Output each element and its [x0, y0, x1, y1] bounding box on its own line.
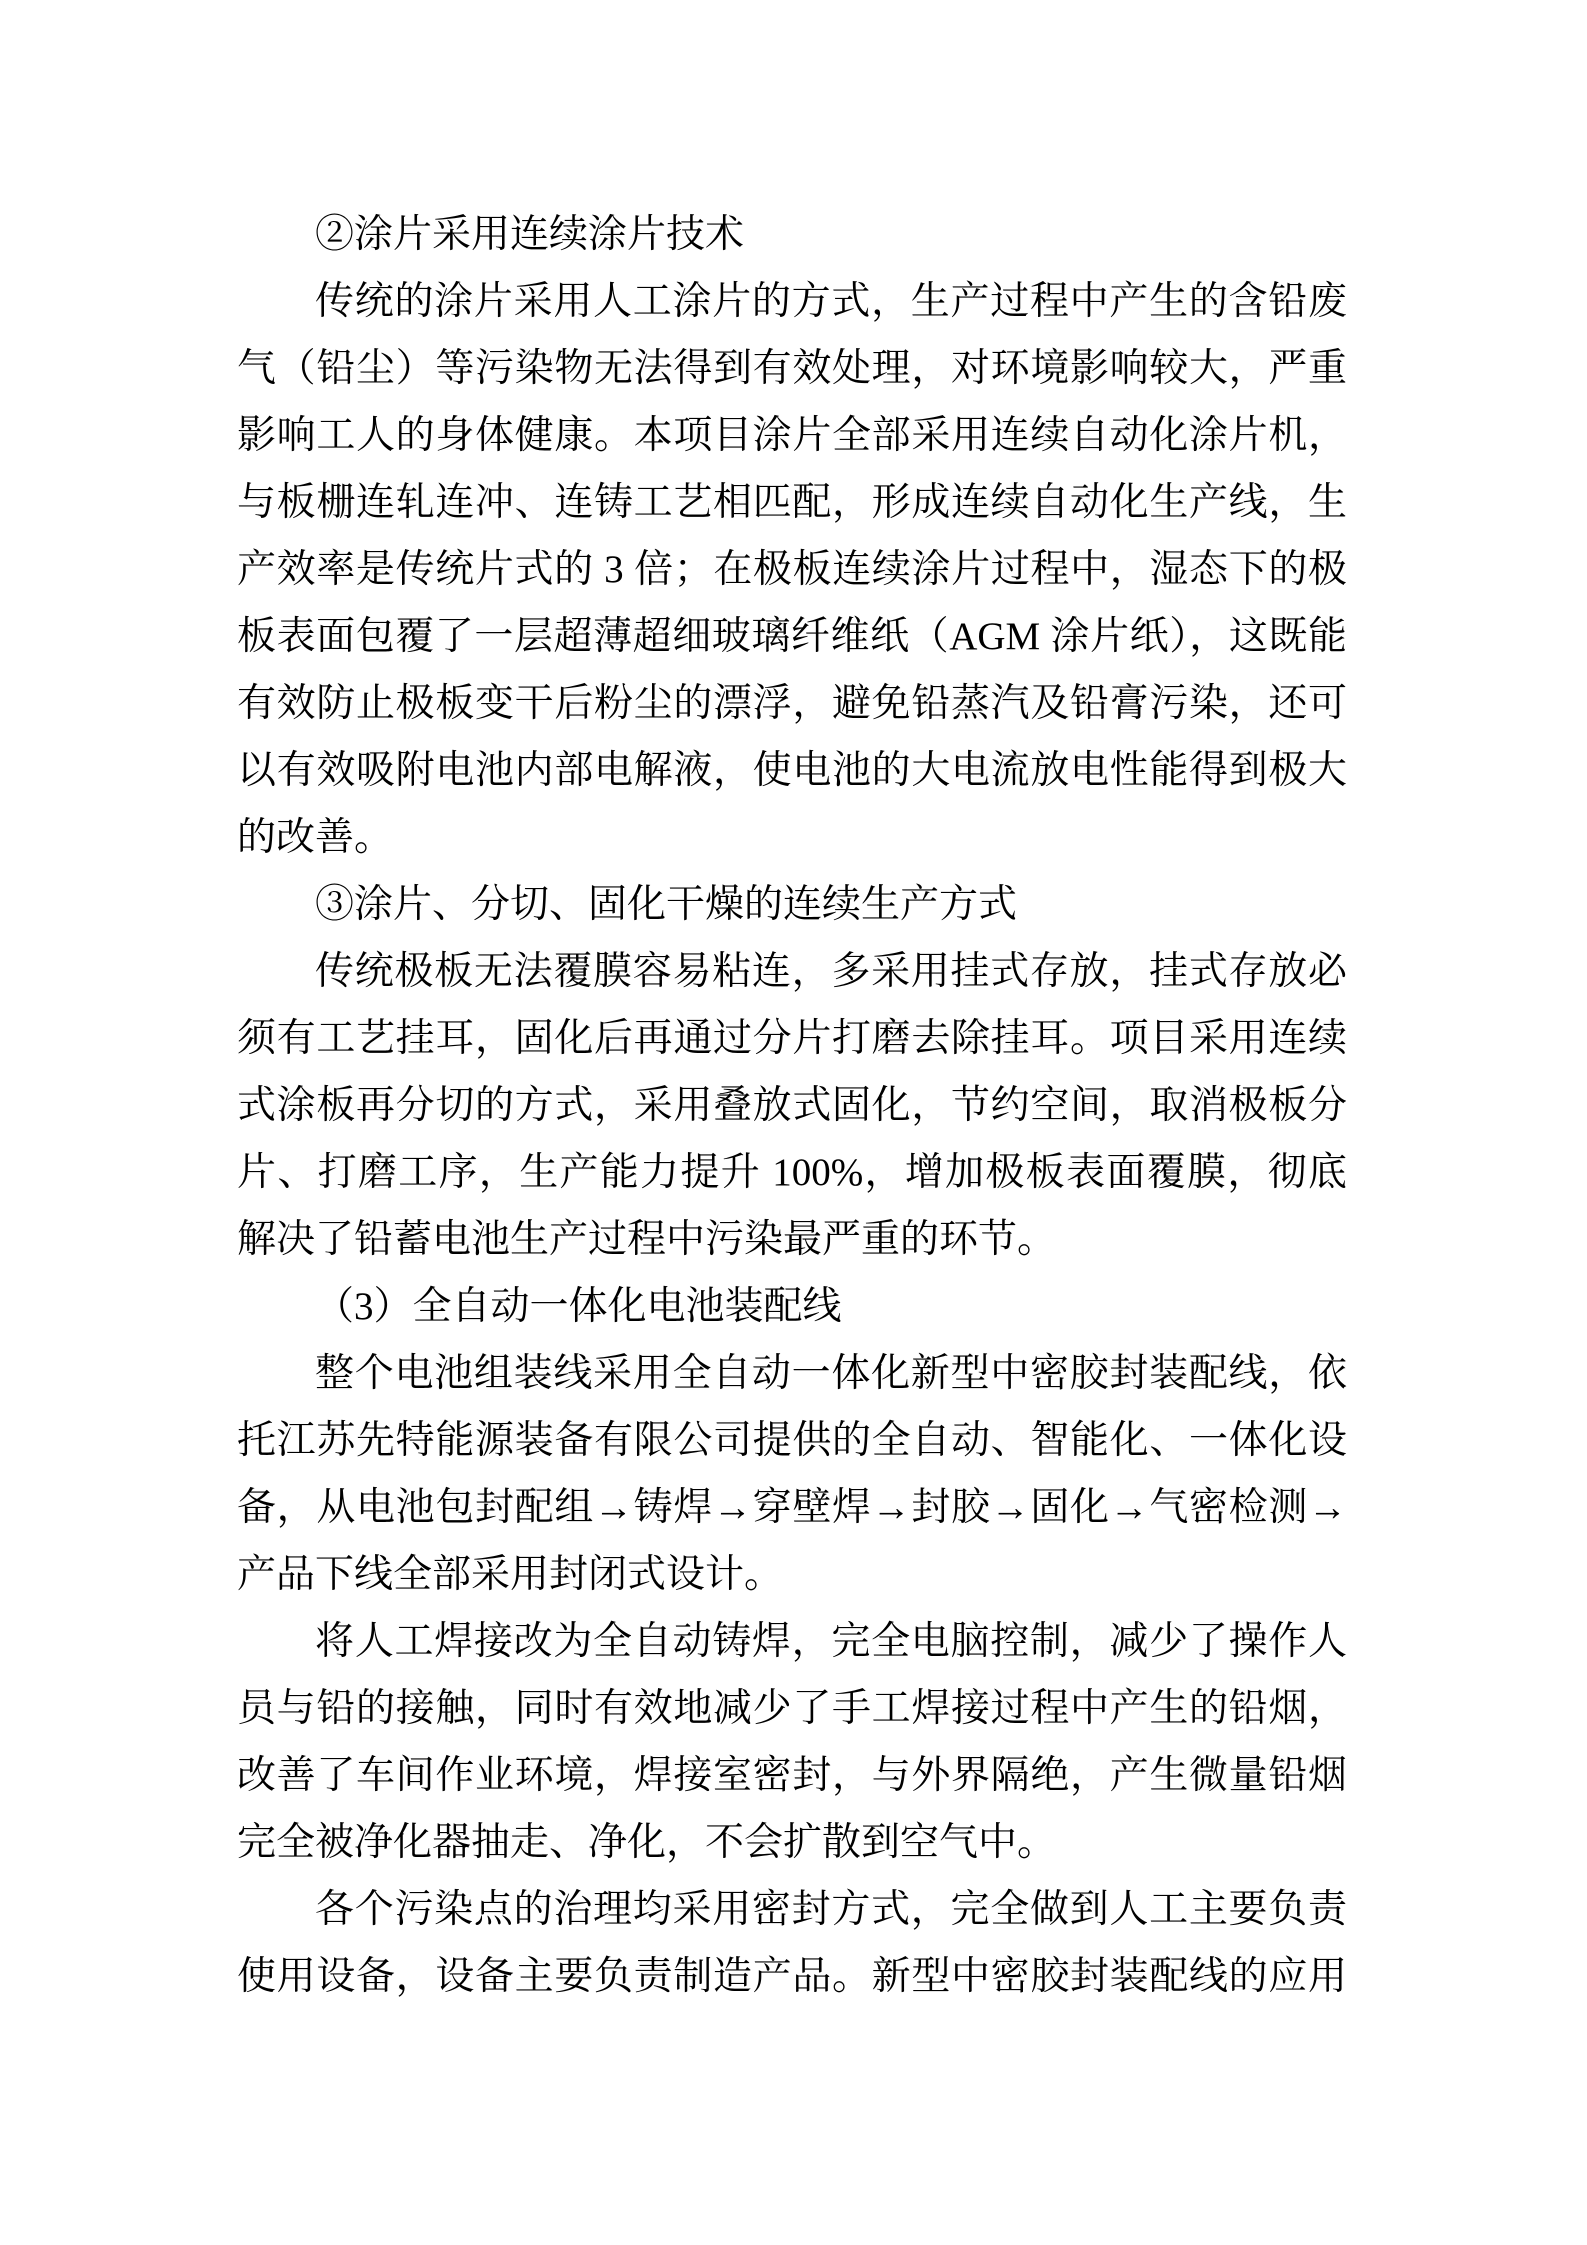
body-line: 式涂板再分切的方式，采用叠放式固化，节约空间，取消极板分 [237, 1072, 1347, 1139]
text-block: ②涂片采用连续涂片技术 传统的涂片采用人工涂片的方式，生产过程中产生的含铅废 气… [237, 201, 1347, 2010]
body-line: 将人工焊接改为全自动铸焊，完全电脑控制，减少了操作人 [237, 1608, 1347, 1675]
body-line: 与板栅连轧连冲、连铸工艺相匹配，形成连续自动化生产线，生 [237, 469, 1347, 536]
paragraph-body-coating: 传统的涂片采用人工涂片的方式，生产过程中产生的含铅废 气（铅尘）等污染物无法得到… [237, 268, 1347, 871]
paragraph-heading-assembly-line: （3）全自动一体化电池装配线 [237, 1273, 1347, 1340]
body-line: 以有效吸附电池内部电解液，使电池的大电流放电性能得到极大 [237, 737, 1347, 804]
paragraph-body-welding: 将人工焊接改为全自动铸焊，完全电脑控制，减少了操作人 员与铅的接触，同时有效地减… [237, 1608, 1347, 1876]
body-line: 解决了铅蓄电池生产过程中污染最严重的环节。 [237, 1206, 1347, 1273]
body-line: 须有工艺挂耳，固化后再通过分片打磨去除挂耳。项目采用连续 [237, 1005, 1347, 1072]
heading-line: ②涂片采用连续涂片技术 [237, 201, 1347, 268]
body-line: 产效率是传统片式的 3 倍；在极板连续涂片过程中，湿态下的极 [237, 536, 1347, 603]
body-line: 片、打磨工序，生产能力提升 100%，增加极板表面覆膜，彻底 [237, 1139, 1347, 1206]
paragraph-body-curing: 传统极板无法覆膜容易粘连，多采用挂式存放，挂式存放必 须有工艺挂耳，固化后再通过… [237, 938, 1347, 1273]
body-line: 改善了车间作业环境，焊接室密封，与外界隔绝，产生微量铅烟 [237, 1742, 1347, 1809]
body-line: 完全被净化器抽走、净化，不会扩散到空气中。 [237, 1809, 1347, 1876]
body-line: 传统极板无法覆膜容易粘连，多采用挂式存放，挂式存放必 [237, 938, 1347, 1005]
paragraph-body-assembly: 整个电池组装线采用全自动一体化新型中密胶封装配线，依 托江苏先特能源装备有限公司… [237, 1340, 1347, 1608]
paragraph-heading-3: ③涂片、分切、固化干燥的连续生产方式 [237, 871, 1347, 938]
paragraph-body-sealing: 各个污染点的治理均采用密封方式，完全做到人工主要负责 使用设备，设备主要负责制造… [237, 1876, 1347, 2010]
body-line: 托江苏先特能源装备有限公司提供的全自动、智能化、一体化设 [237, 1407, 1347, 1474]
body-line: 传统的涂片采用人工涂片的方式，生产过程中产生的含铅废 [237, 268, 1347, 335]
body-line: 板表面包覆了一层超薄超细玻璃纤维纸（AGM 涂片纸），这既能 [237, 603, 1347, 670]
body-line: 的改善。 [237, 804, 1347, 871]
body-line: 员与铅的接触，同时有效地减少了手工焊接过程中产生的铅烟， [237, 1675, 1347, 1742]
body-line: 使用设备，设备主要负责制造产品。新型中密胶封装配线的应用 [237, 1943, 1347, 2010]
body-line: 影响工人的身体健康。本项目涂片全部采用连续自动化涂片机， [237, 402, 1347, 469]
body-line: 备，从电池包封配组→铸焊→穿壁焊→封胶→固化→气密检测→ [237, 1474, 1347, 1541]
body-line: 产品下线全部采用封闭式设计。 [237, 1541, 1347, 1608]
document-page: ②涂片采用连续涂片技术 传统的涂片采用人工涂片的方式，生产过程中产生的含铅废 气… [0, 0, 1587, 2245]
body-line: 整个电池组装线采用全自动一体化新型中密胶封装配线，依 [237, 1340, 1347, 1407]
body-line: 有效防止极板变干后粉尘的漂浮，避免铅蒸汽及铅膏污染，还可 [237, 670, 1347, 737]
paragraph-heading-2: ②涂片采用连续涂片技术 [237, 201, 1347, 268]
body-line: 各个污染点的治理均采用密封方式，完全做到人工主要负责 [237, 1876, 1347, 1943]
heading-line: （3）全自动一体化电池装配线 [237, 1273, 1347, 1340]
heading-line: ③涂片、分切、固化干燥的连续生产方式 [237, 871, 1347, 938]
body-line: 气（铅尘）等污染物无法得到有效处理，对环境影响较大，严重 [237, 335, 1347, 402]
